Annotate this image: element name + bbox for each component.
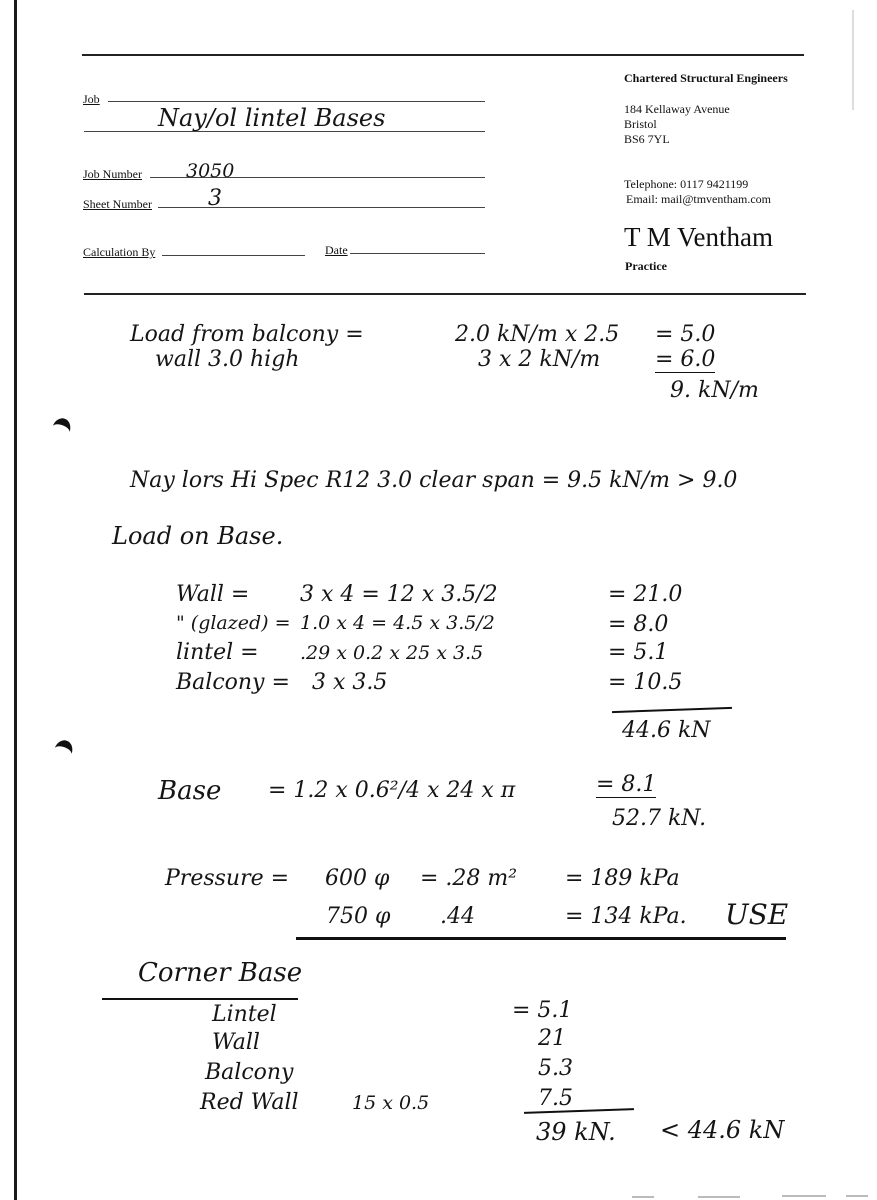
company-tagline: Chartered Structural Engineers xyxy=(624,71,788,86)
base-load-label: " (glazed) = xyxy=(176,612,291,634)
corner-item-value: 5.3 xyxy=(538,1056,573,1081)
job-value: Nay/ol lintel Bases xyxy=(158,104,385,132)
pressure-result: = 189 kPa xyxy=(565,866,680,891)
sheet-number-label: Sheet Number xyxy=(83,197,152,212)
corner-total: 39 kN. xyxy=(536,1118,616,1146)
corner-item-value: 7.5 xyxy=(538,1086,573,1111)
calculation-by-label: Calculation By xyxy=(83,245,155,260)
company-address-line1: 184 Kellaway Avenue xyxy=(624,102,730,117)
balcony-load-result: = 5.0 xyxy=(655,322,715,347)
corner-item-expr: 15 x 0.5 xyxy=(352,1092,429,1114)
base-subtotal: 44.6 kN xyxy=(622,718,711,743)
balcony-load-expr: 2.0 kN/m x 2.5 xyxy=(455,322,619,347)
corner-base-rule xyxy=(102,998,298,1000)
pressure-rule xyxy=(296,937,786,940)
pressure-dia: 600 φ xyxy=(325,866,389,891)
base-load-result: = 8.0 xyxy=(608,612,668,637)
job-line-1 xyxy=(108,101,485,102)
page-binding-edge xyxy=(14,0,17,1200)
calculation-by-line xyxy=(162,255,305,256)
sheet-number-value: 3 xyxy=(208,186,222,211)
corner-item-label: Wall xyxy=(212,1030,260,1055)
corner-comparison: < 44.6 kN xyxy=(660,1116,784,1144)
base-self-label: Base xyxy=(158,776,221,806)
scan-artifact xyxy=(632,1196,654,1198)
corner-item-label: Balcony xyxy=(205,1060,293,1085)
base-total: 52.7 kN. xyxy=(612,806,706,831)
company-telephone: Telephone: 0117 9421199 xyxy=(624,177,748,192)
base-load-label: lintel = xyxy=(176,640,259,665)
pressure-result: = 134 kPa. xyxy=(565,904,687,929)
job-label: Job xyxy=(83,92,100,107)
lintel-spec: Nay lors Hi Spec R12 3.0 clear span = 9.… xyxy=(130,468,737,493)
punch-hole-icon xyxy=(51,738,76,766)
corner-item-label: Lintel xyxy=(212,1002,277,1027)
header-bottom-rule xyxy=(84,293,806,295)
job-number-label: Job Number xyxy=(83,167,142,182)
company-name: T M Ventham xyxy=(624,222,773,253)
wall-load-label: wall 3.0 high xyxy=(155,347,299,372)
base-load-expr: 3 x 3.5 xyxy=(312,670,387,695)
pressure-area: = .28 m² xyxy=(420,866,517,891)
base-load-result: = 5.1 xyxy=(608,640,668,665)
date-line xyxy=(350,253,485,254)
use-note: USE xyxy=(725,898,788,931)
base-self-result: = 8.1 xyxy=(596,772,656,798)
subtotal-rule xyxy=(612,707,732,713)
base-load-result: = 21.0 xyxy=(608,582,682,607)
pressure-dia: 750 φ xyxy=(326,904,390,929)
base-load-label: Balcony = xyxy=(176,670,290,695)
wall-load-result: = 6.0 xyxy=(655,347,715,373)
base-self-expr: = 1.2 x 0.6²/4 x 24 x π xyxy=(268,778,515,803)
punch-hole-icon xyxy=(49,416,74,444)
job-line-2 xyxy=(84,131,485,132)
date-label: Date xyxy=(325,243,348,258)
balcony-load-label: Load from balcony = xyxy=(130,322,364,347)
pressure-label: Pressure = xyxy=(165,866,289,891)
scan-artifact xyxy=(782,1195,826,1197)
corner-base-title: Corner Base xyxy=(138,958,302,988)
base-load-expr: .29 x 0.2 x 25 x 3.5 xyxy=(300,642,483,664)
company-subtitle: Practice xyxy=(625,259,667,274)
base-load-expr: 3 x 4 = 12 x 3.5/2 xyxy=(300,582,498,607)
corner-item-value: = 5.1 xyxy=(512,998,572,1023)
corner-item-label: Red Wall xyxy=(200,1090,299,1115)
corner-item-value: 21 xyxy=(538,1026,566,1051)
base-load-label: Wall = xyxy=(176,582,249,607)
company-email: Email: mail@tmventham.com xyxy=(626,192,771,207)
line-load-total: 9. kN/m xyxy=(670,378,759,403)
wall-load-expr: 3 x 2 kN/m xyxy=(478,347,600,372)
company-postcode: BS6 7YL xyxy=(624,132,670,147)
load-on-base-title: Load on Base. xyxy=(112,522,283,550)
job-number-value: 3050 xyxy=(186,160,234,182)
scan-artifact xyxy=(852,10,854,110)
company-address-line2: Bristol xyxy=(624,117,657,132)
base-load-result: = 10.5 xyxy=(608,670,682,695)
scan-artifact xyxy=(698,1196,740,1198)
pressure-area: .44 xyxy=(440,904,475,929)
header-top-rule xyxy=(82,54,804,56)
base-load-expr: 1.0 x 4 = 4.5 x 3.5/2 xyxy=(300,612,495,634)
scan-artifact xyxy=(846,1195,868,1197)
